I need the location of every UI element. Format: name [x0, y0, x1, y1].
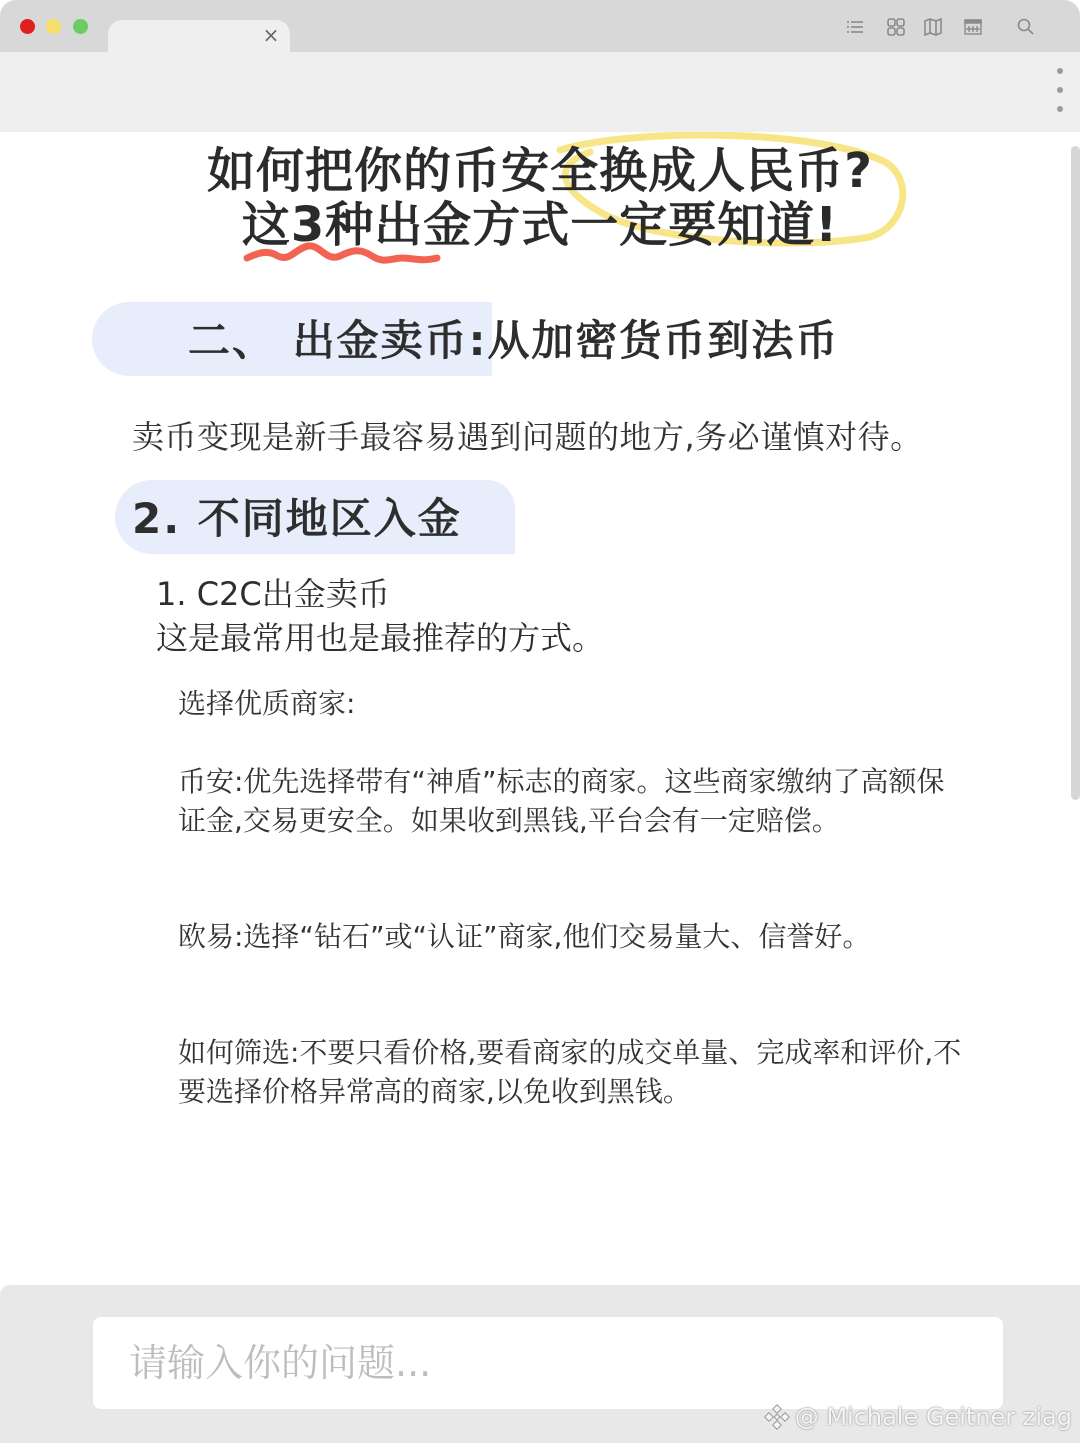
title-line-2: 这3种出金方式一定要知道!: [0, 186, 1080, 255]
window-title-bar: ×: [0, 0, 1080, 52]
item-description: 这是最常用也是最推荐的方式。: [156, 616, 604, 660]
list-icon[interactable]: [845, 17, 865, 37]
maximize-window-button[interactable]: [73, 19, 88, 34]
search-icon[interactable]: [1016, 17, 1036, 37]
minimize-window-button[interactable]: [46, 19, 61, 34]
intro-text: 卖币变现是新手最容易遇到问题的地方,务必谨慎对待。: [132, 412, 923, 458]
close-tab-icon[interactable]: ×: [262, 24, 280, 46]
watermark-text: @ Michale Geitner ziag: [795, 1403, 1072, 1431]
close-window-button[interactable]: [20, 19, 35, 34]
article-content: 如何把你的币安全换成人民币? 这3种出金方式一定要知道! 二、 出金卖币:从加密…: [0, 132, 1080, 1285]
watermark: @ Michale Geitner ziag: [763, 1403, 1072, 1431]
calendar-icon[interactable]: [963, 17, 983, 37]
browser-tab[interactable]: ×: [108, 20, 290, 54]
item-heading: 1. C2C出金卖币 这是最常用也是最推荐的方式。: [156, 572, 604, 660]
toolbar: [0, 52, 1080, 132]
binance-logo-icon: [763, 1403, 791, 1431]
paragraph: 欧易:选择“钻石”或“认证”商家,他们交易量大、信誉好。: [178, 917, 968, 956]
paragraph: 选择优质商家:: [178, 684, 968, 723]
question-input[interactable]: [93, 1317, 1003, 1409]
article-title: 如何把你的币安全换成人民币? 这3种出金方式一定要知道!: [0, 132, 1080, 282]
section-heading: 二、 出金卖币:从加密货币到法币: [188, 308, 839, 368]
grid-icon[interactable]: [886, 17, 906, 37]
paragraph: 如何筛选:不要只看价格,要看商家的成交单量、完成率和评价,不要选择价格异常高的商…: [178, 1033, 968, 1111]
more-vertical-icon[interactable]: [1056, 68, 1064, 116]
paragraph: 币安:优先选择带有“神盾”标志的商家。这些商家缴纳了高额保证金,交易更安全。如果…: [178, 762, 968, 840]
item-title: 1. C2C出金卖币: [156, 572, 604, 616]
map-icon[interactable]: [923, 17, 943, 37]
subsection-heading: 2. 不同地区入金: [132, 486, 462, 546]
